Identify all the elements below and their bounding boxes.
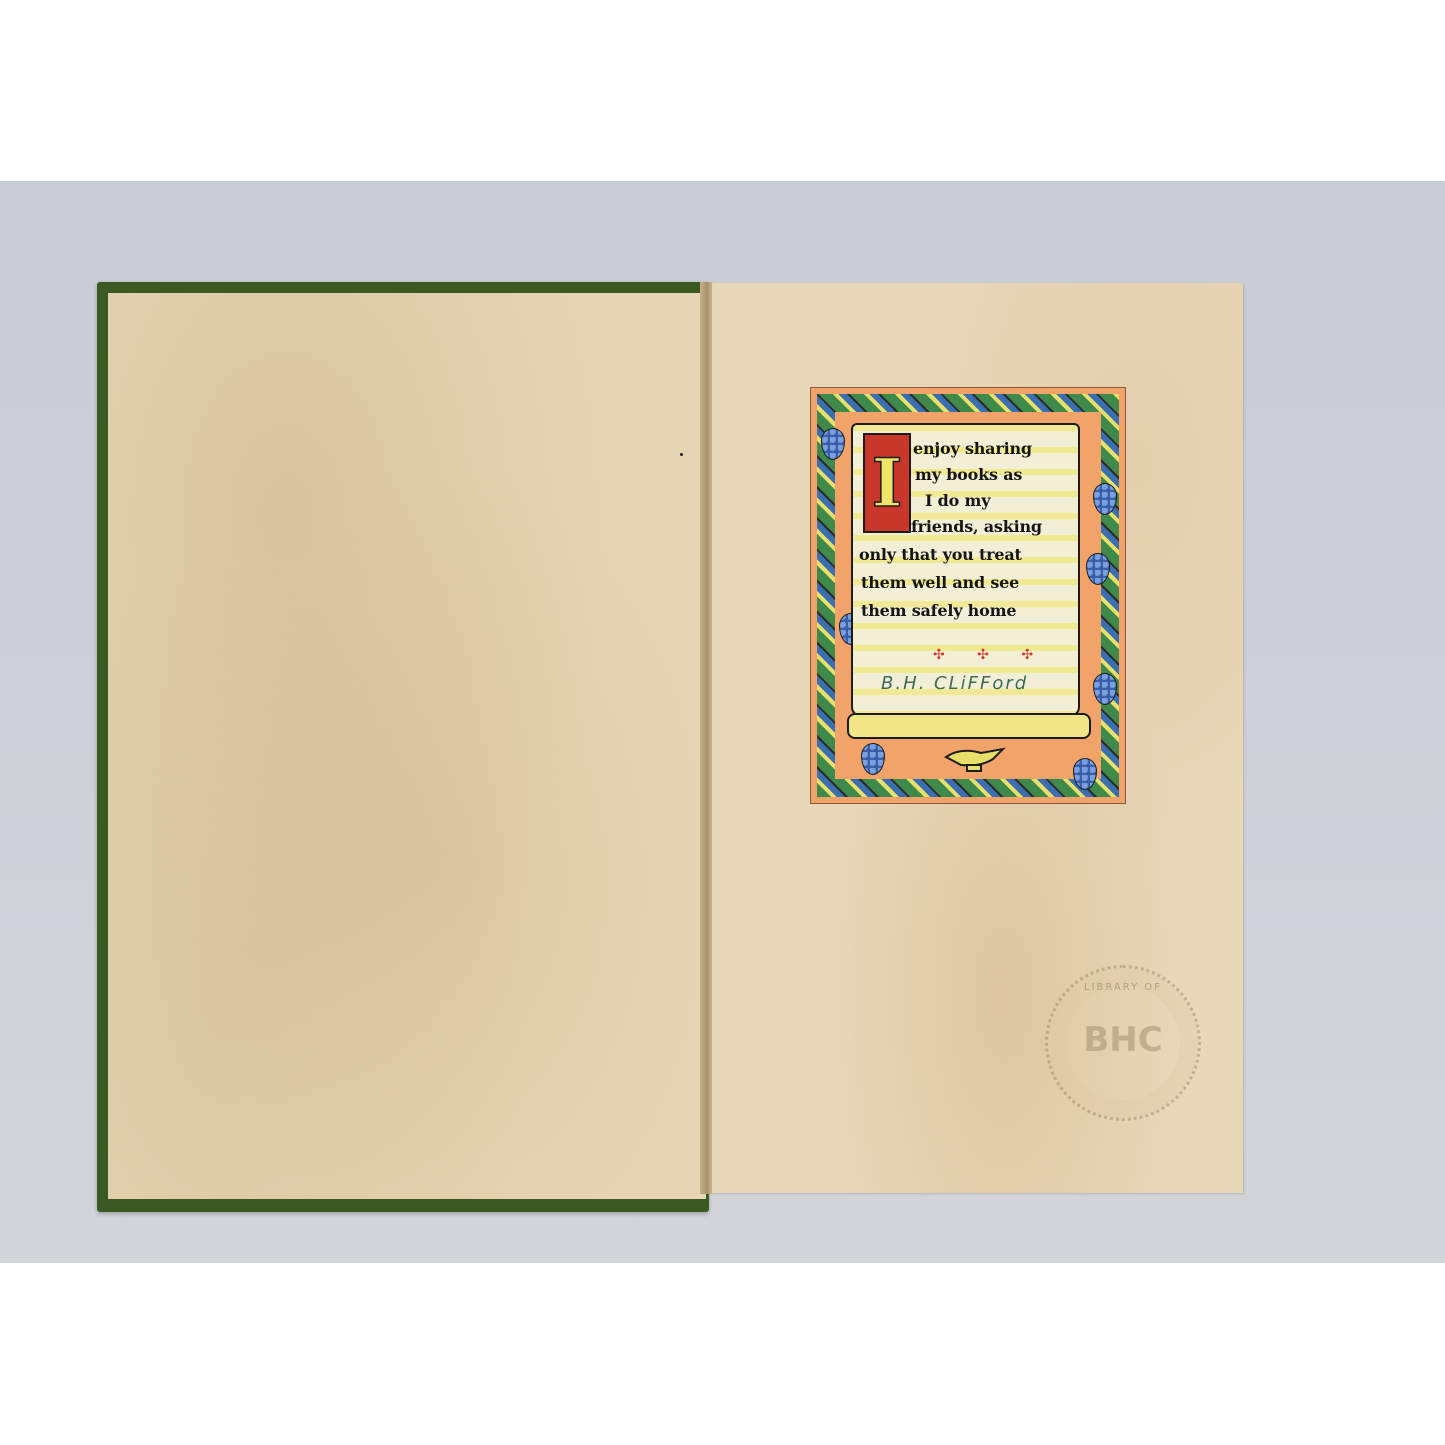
embossed-library-seal: LIBRARY OF BHC xyxy=(1045,965,1201,1121)
dropcap: I xyxy=(863,433,911,533)
verse-line: I do my xyxy=(925,491,990,510)
left-endpaper xyxy=(108,293,706,1199)
verse-line: my books as xyxy=(915,465,1022,484)
dropcap-letter: I xyxy=(872,450,903,516)
bookplate: I enjoy sharing my books as I do my frie… xyxy=(810,387,1126,804)
scroll-banner: I enjoy sharing my books as I do my frie… xyxy=(851,423,1080,717)
oil-lamp-icon xyxy=(941,743,1011,773)
verse-line: enjoy sharing xyxy=(913,439,1032,458)
seal-monogram: BHC xyxy=(1048,1020,1198,1060)
paper-blemish xyxy=(680,453,683,456)
verse-line: friends, asking xyxy=(911,517,1042,536)
owner-signature: B.H. CLiFFord xyxy=(881,673,1028,694)
seal-top-text: LIBRARY OF xyxy=(1048,982,1198,993)
verse-line: them well and see xyxy=(861,573,1019,592)
verse-line: only that you treat xyxy=(859,545,1022,564)
verse-line: them safely home xyxy=(861,601,1016,620)
ornament-icon: ✣ ✣ ✣ xyxy=(933,647,1047,663)
scroll-roll xyxy=(847,713,1091,739)
